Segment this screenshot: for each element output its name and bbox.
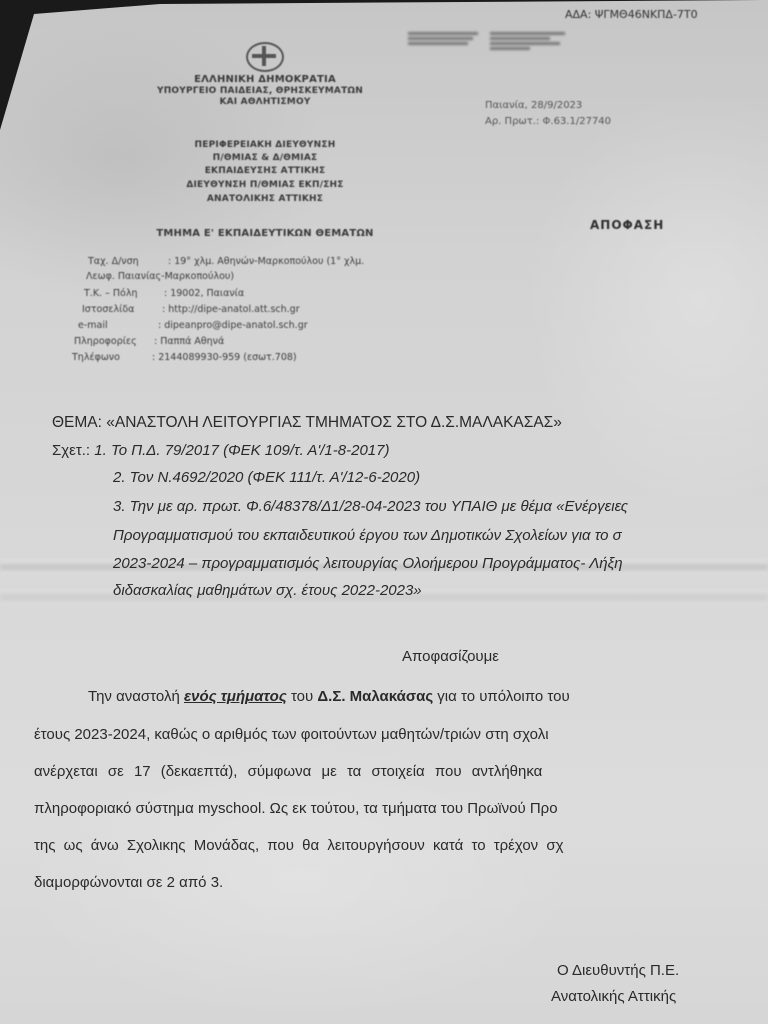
- subject-text: «ΑΝΑΣΤΟΛΗ ΛΕΙΤΟΥΡΓΙΑΣ ΤΜΗΜΑΤΟΣ ΣΤΟ Δ.Σ.Μ…: [106, 414, 562, 431]
- contact-phone: Τηλέφωνο: 2144089930-959 (εσωτ.708): [72, 352, 297, 363]
- related-item-3-cont: διδασκαλίας μαθημάτων σχ. έτους 2022-202…: [113, 582, 422, 599]
- contact-email: e-mail: dipeanpro@dipe-anatol.sch.gr: [78, 320, 308, 331]
- directorate-line: ΕΚΠΑΙΔΕΥΣΗΣ ΑΤΤΙΚΗΣ: [150, 166, 380, 176]
- related-item-2: 2. Τον Ν.4692/2020 (ΦΕΚ 111/τ. Α'/12-6-2…: [113, 469, 420, 486]
- contact-address-cont: Λεωφ. Παιανίας-Μαρκοπούλου): [86, 271, 234, 282]
- subject-line: ΘΕΜΑ: «ΑΝΑΣΤΟΛΗ ΛΕΙΤΟΥΡΓΙΑΣ ΤΜΗΜΑΤΟΣ ΣΤΟ…: [52, 414, 562, 432]
- contact-info: Πληροφορίες: Παππά Αθηνά: [74, 336, 224, 347]
- related-label: Σχετ.:: [52, 442, 90, 459]
- body-line-1: Την αναστολή ενός τμήματος του Δ.Σ. Μαλα…: [88, 688, 570, 705]
- body-line: έτους 2023-2024, καθώς ο αριθμός των φοι…: [34, 726, 549, 743]
- body-line: πληροφοριακό σύστημα myschool. Ως εκ τού…: [34, 800, 558, 817]
- date-protocol: Παιανία, 28/9/2023 Αρ. Πρωτ.: Φ.63.1/277…: [485, 98, 611, 130]
- email-link: : dipeanpro@dipe-anatol.sch.gr: [158, 320, 308, 331]
- emphasis-one-class: ενός τμήματος: [184, 688, 287, 705]
- school-name: Δ.Σ. Μαλακάσας: [317, 688, 433, 705]
- directorate-line: Π/ΘΜΙΑΣ & Δ/ΘΜΙΑΣ: [150, 153, 380, 163]
- directorate-line: ΑΝΑΤΟΛΙΚΗΣ ΑΤΤΙΚΗΣ: [150, 194, 380, 204]
- ada-code: ΑΔΑ: ΨΓΜΘ46ΝΚΠΔ-7Τ0: [565, 8, 698, 21]
- department-name: ΤΜΗΜΑ Ε' ΕΚΠΑΙΔΕΥΤΙΚΩΝ ΘΕΜΑΤΩΝ: [120, 228, 410, 239]
- subject-label: ΘΕΜΑ:: [52, 414, 102, 431]
- digital-signature-stamp-detail: [490, 30, 570, 56]
- protocol-number: Αρ. Πρωτ.: Φ.63.1/27740: [485, 114, 611, 130]
- directorate-line: ΔΙΕΥΘΥΝΣΗ Π/ΘΜΙΑΣ ΕΚΠ/ΣΗΣ: [150, 180, 380, 190]
- country-name: ΕΛΛΗΝΙΚΗ ΔΗΜΟΚΡΑΤΙΑ: [150, 74, 380, 85]
- related-item-3-cont: 2023-2024 – προγραμματισμός λειτουργίας …: [113, 555, 623, 572]
- related-item-1: Σχετ.: 1. Το Π.Δ. 79/2017 (ΦΕΚ 109/τ. Α'…: [52, 442, 389, 459]
- website-link: : http://dipe-anatol.att.sch.gr: [162, 304, 300, 315]
- body-line: διαμορφώνονται σε 2 από 3.: [34, 874, 223, 891]
- directorate-line: ΠΕΡΙΦΕΡΕΙΑΚΗ ΔΙΕΥΘΥΝΣΗ: [150, 140, 380, 150]
- greek-coat-of-arms-icon: [246, 42, 284, 72]
- related-item-3-cont: Προγραμματισμού του εκπαιδευτικού έργου …: [113, 527, 622, 544]
- body-line: της ως άνω Σχολικης Μονάδας, που θα λειτ…: [34, 837, 563, 854]
- related-item-3: 3. Την με αρ. πρωτ. Φ.6/48378/Δ1/28-04-2…: [113, 498, 628, 515]
- signatory-region: Ανατολικής Αττικής: [551, 988, 676, 1005]
- decision-heading: Αποφασίζουμε: [402, 648, 499, 665]
- signatory-title: Ο Διευθυντής Π.Ε.: [557, 962, 679, 979]
- place-date: Παιανία, 28/9/2023: [485, 98, 611, 114]
- contact-address: Ταχ. Δ/νση: 19° χλμ. Αθηνών-Μαρκοπούλου …: [88, 256, 364, 267]
- contact-website: Ιστοσελίδα: http://dipe-anatol.att.sch.g…: [82, 304, 300, 315]
- contact-postcode: Τ.Κ. – Πόλη: 19002, Παιανία: [84, 288, 244, 299]
- document-type: ΑΠΟΦΑΣΗ: [590, 218, 664, 232]
- body-line: ανέρχεται σε 17 (δεκαεπτά), σύμφωνα με τ…: [34, 763, 542, 780]
- ministry-line-2: ΚΑΙ ΑΘΛΗΤΙΣΜΟΥ: [150, 97, 380, 107]
- ministry-line-1: ΥΠΟΥΡΓΕΙΟ ΠΑΙΔΕΙΑΣ, ΘΡΗΣΚΕΥΜΑΤΩΝ: [110, 86, 410, 96]
